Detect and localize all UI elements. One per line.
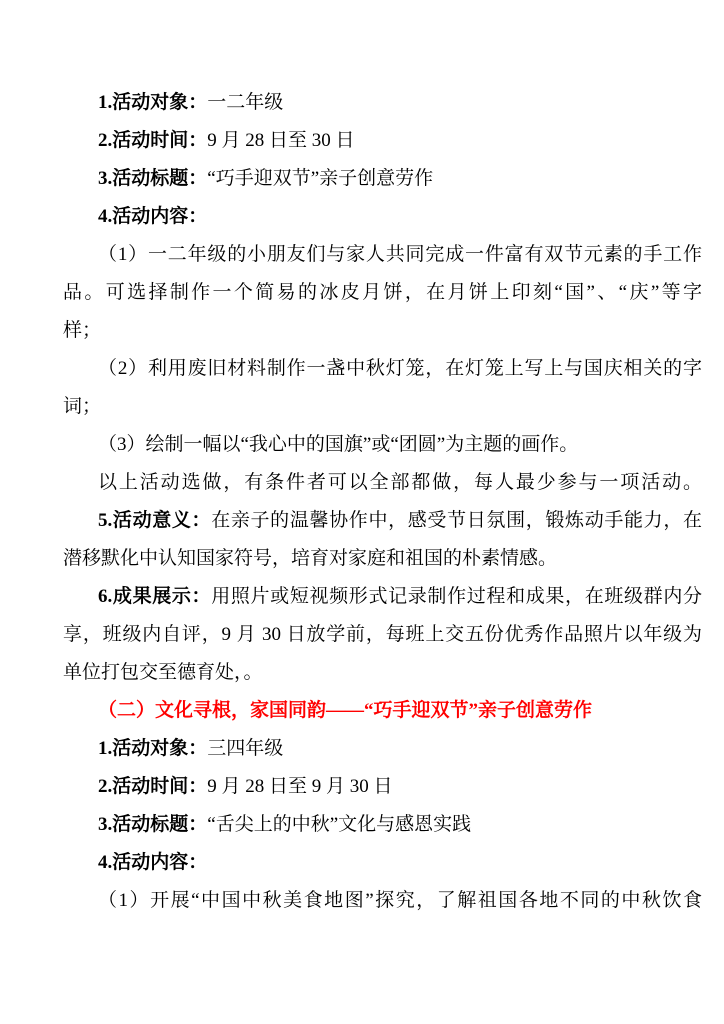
sec2-activity-time: 2.活动时间：9 月 28 日至 9 月 30 日: [63, 768, 702, 806]
field-label: 4.活动内容：: [98, 852, 207, 873]
field-label: 5.活动意义：: [98, 510, 211, 531]
paragraph-text: 潜移默化中认知国家符号，培育对家庭和祖国的朴素情感。: [63, 548, 557, 569]
sec1-activity-content-label: 4.活动内容：: [63, 198, 702, 236]
sec2-activity-title: 3.活动标题：“舌尖上的中秋”文化与感恩实践: [63, 806, 702, 844]
sec2-heading: （二）文化寻根，家国同韵——“巧手迎双节”亲子创意劳作: [63, 692, 702, 730]
sec1-activity-meaning-line2: 潜移默化中认知国家符号，培育对家庭和祖国的朴素情感。: [63, 540, 702, 578]
field-value: 9 月 28 日至 30 日: [207, 130, 354, 151]
field-label: 2.活动时间：: [98, 130, 207, 151]
sec1-activity-target: 1.活动对象：一二年级: [63, 84, 702, 122]
sec1-results-line2: 享，班级内自评，9 月 30 日放学前，每班上交五份优秀作品照片以年级为: [63, 616, 702, 654]
field-label: 1.活动对象：: [98, 92, 207, 113]
sec1-item2-line2: 词；: [63, 388, 702, 426]
sec1-results-line3: 单位打包交至德育处，。: [63, 654, 702, 692]
sec1-item1-line1: （1）一二年级的小朋友们与家人共同完成一件富有双节元素的手工作: [63, 236, 702, 274]
paragraph-text: （1）开展“中国中秋美食地图”探究，了解祖国各地不同的中秋饮食: [98, 890, 702, 911]
field-value: “巧手迎双节”亲子创意劳作: [207, 168, 433, 189]
field-label: 3.活动标题：: [98, 814, 207, 835]
sec2-item1-line1: （1）开展“中国中秋美食地图”探究，了解祖国各地不同的中秋饮食: [63, 882, 702, 920]
sec1-item2-line1: （2）利用废旧材料制作一盏中秋灯笼，在灯笼上写上与国庆相关的字: [63, 350, 702, 388]
field-label: 6.成果展示：: [98, 586, 211, 607]
sec1-activity-meaning-line1: 5.活动意义：在亲子的温馨协作中，感受节日氛围，锻炼动手能力，在: [63, 502, 702, 540]
paragraph-text: 单位打包交至德育处，。: [63, 662, 263, 683]
field-label: 4.活动内容：: [98, 206, 207, 227]
sec1-results-line1: 6.成果展示：用照片或短视频形式记录制作过程和成果，在班级群内分: [63, 578, 702, 616]
field-value: 三四年级: [207, 738, 283, 759]
sec2-activity-content-label: 4.活动内容：: [63, 844, 702, 882]
sec2-activity-target: 1.活动对象：三四年级: [63, 730, 702, 768]
field-value: “舌尖上的中秋”文化与感恩实践: [207, 814, 471, 835]
paragraph-text: 以上活动选做，有条件者可以全部都做，每人最少参与一项活动。: [98, 472, 702, 493]
field-value: 9 月 28 日至 9 月 30 日: [207, 776, 392, 797]
paragraph-text: （3）绘制一幅以“我心中的国旗”或“团圆”为主题的画作。: [98, 434, 578, 455]
sec1-item3: （3）绘制一幅以“我心中的国旗”或“团圆”为主题的画作。: [63, 426, 702, 464]
sec1-activity-time: 2.活动时间：9 月 28 日至 30 日: [63, 122, 702, 160]
paragraph-text: （1）一二年级的小朋友们与家人共同完成一件富有双节元素的手工作: [98, 244, 702, 265]
paragraph-text: 享，班级内自评，9 月 30 日放学前，每班上交五份优秀作品照片以年级为: [63, 624, 702, 645]
paragraph-text: （2）利用废旧材料制作一盏中秋灯笼，在灯笼上写上与国庆相关的字: [98, 358, 702, 379]
sec1-item1-line3: 样；: [63, 312, 702, 350]
field-label: 1.活动对象：: [98, 738, 207, 759]
field-label: 2.活动时间：: [98, 776, 207, 797]
field-label: 3.活动标题：: [98, 168, 207, 189]
paragraph-text: 用照片或短视频形式记录制作过程和成果，在班级群内分: [211, 586, 702, 607]
sec1-activity-title: 3.活动标题：“巧手迎双节”亲子创意劳作: [63, 160, 702, 198]
document-page: 1.活动对象：一二年级 2.活动时间：9 月 28 日至 30 日 3.活动标题…: [0, 0, 724, 1024]
sec1-note: 以上活动选做，有条件者可以全部都做，每人最少参与一项活动。: [63, 464, 702, 502]
paragraph-text: 样；: [63, 320, 101, 341]
sec1-item1-line2: 品。可选择制作一个简易的冰皮月饼，在月饼上印刻“国”、“庆”等字: [63, 274, 702, 312]
section-heading-text: （二）文化寻根，家国同韵——“巧手迎双节”亲子创意劳作: [98, 700, 592, 721]
paragraph-text: 词；: [63, 396, 101, 417]
paragraph-text: 在亲子的温馨协作中，感受节日氛围，锻炼动手能力，在: [211, 510, 702, 531]
paragraph-text: 品。可选择制作一个简易的冰皮月饼，在月饼上印刻“国”、“庆”等字: [63, 282, 702, 303]
document-body: 1.活动对象：一二年级 2.活动时间：9 月 28 日至 30 日 3.活动标题…: [63, 84, 702, 920]
field-value: 一二年级: [207, 92, 283, 113]
